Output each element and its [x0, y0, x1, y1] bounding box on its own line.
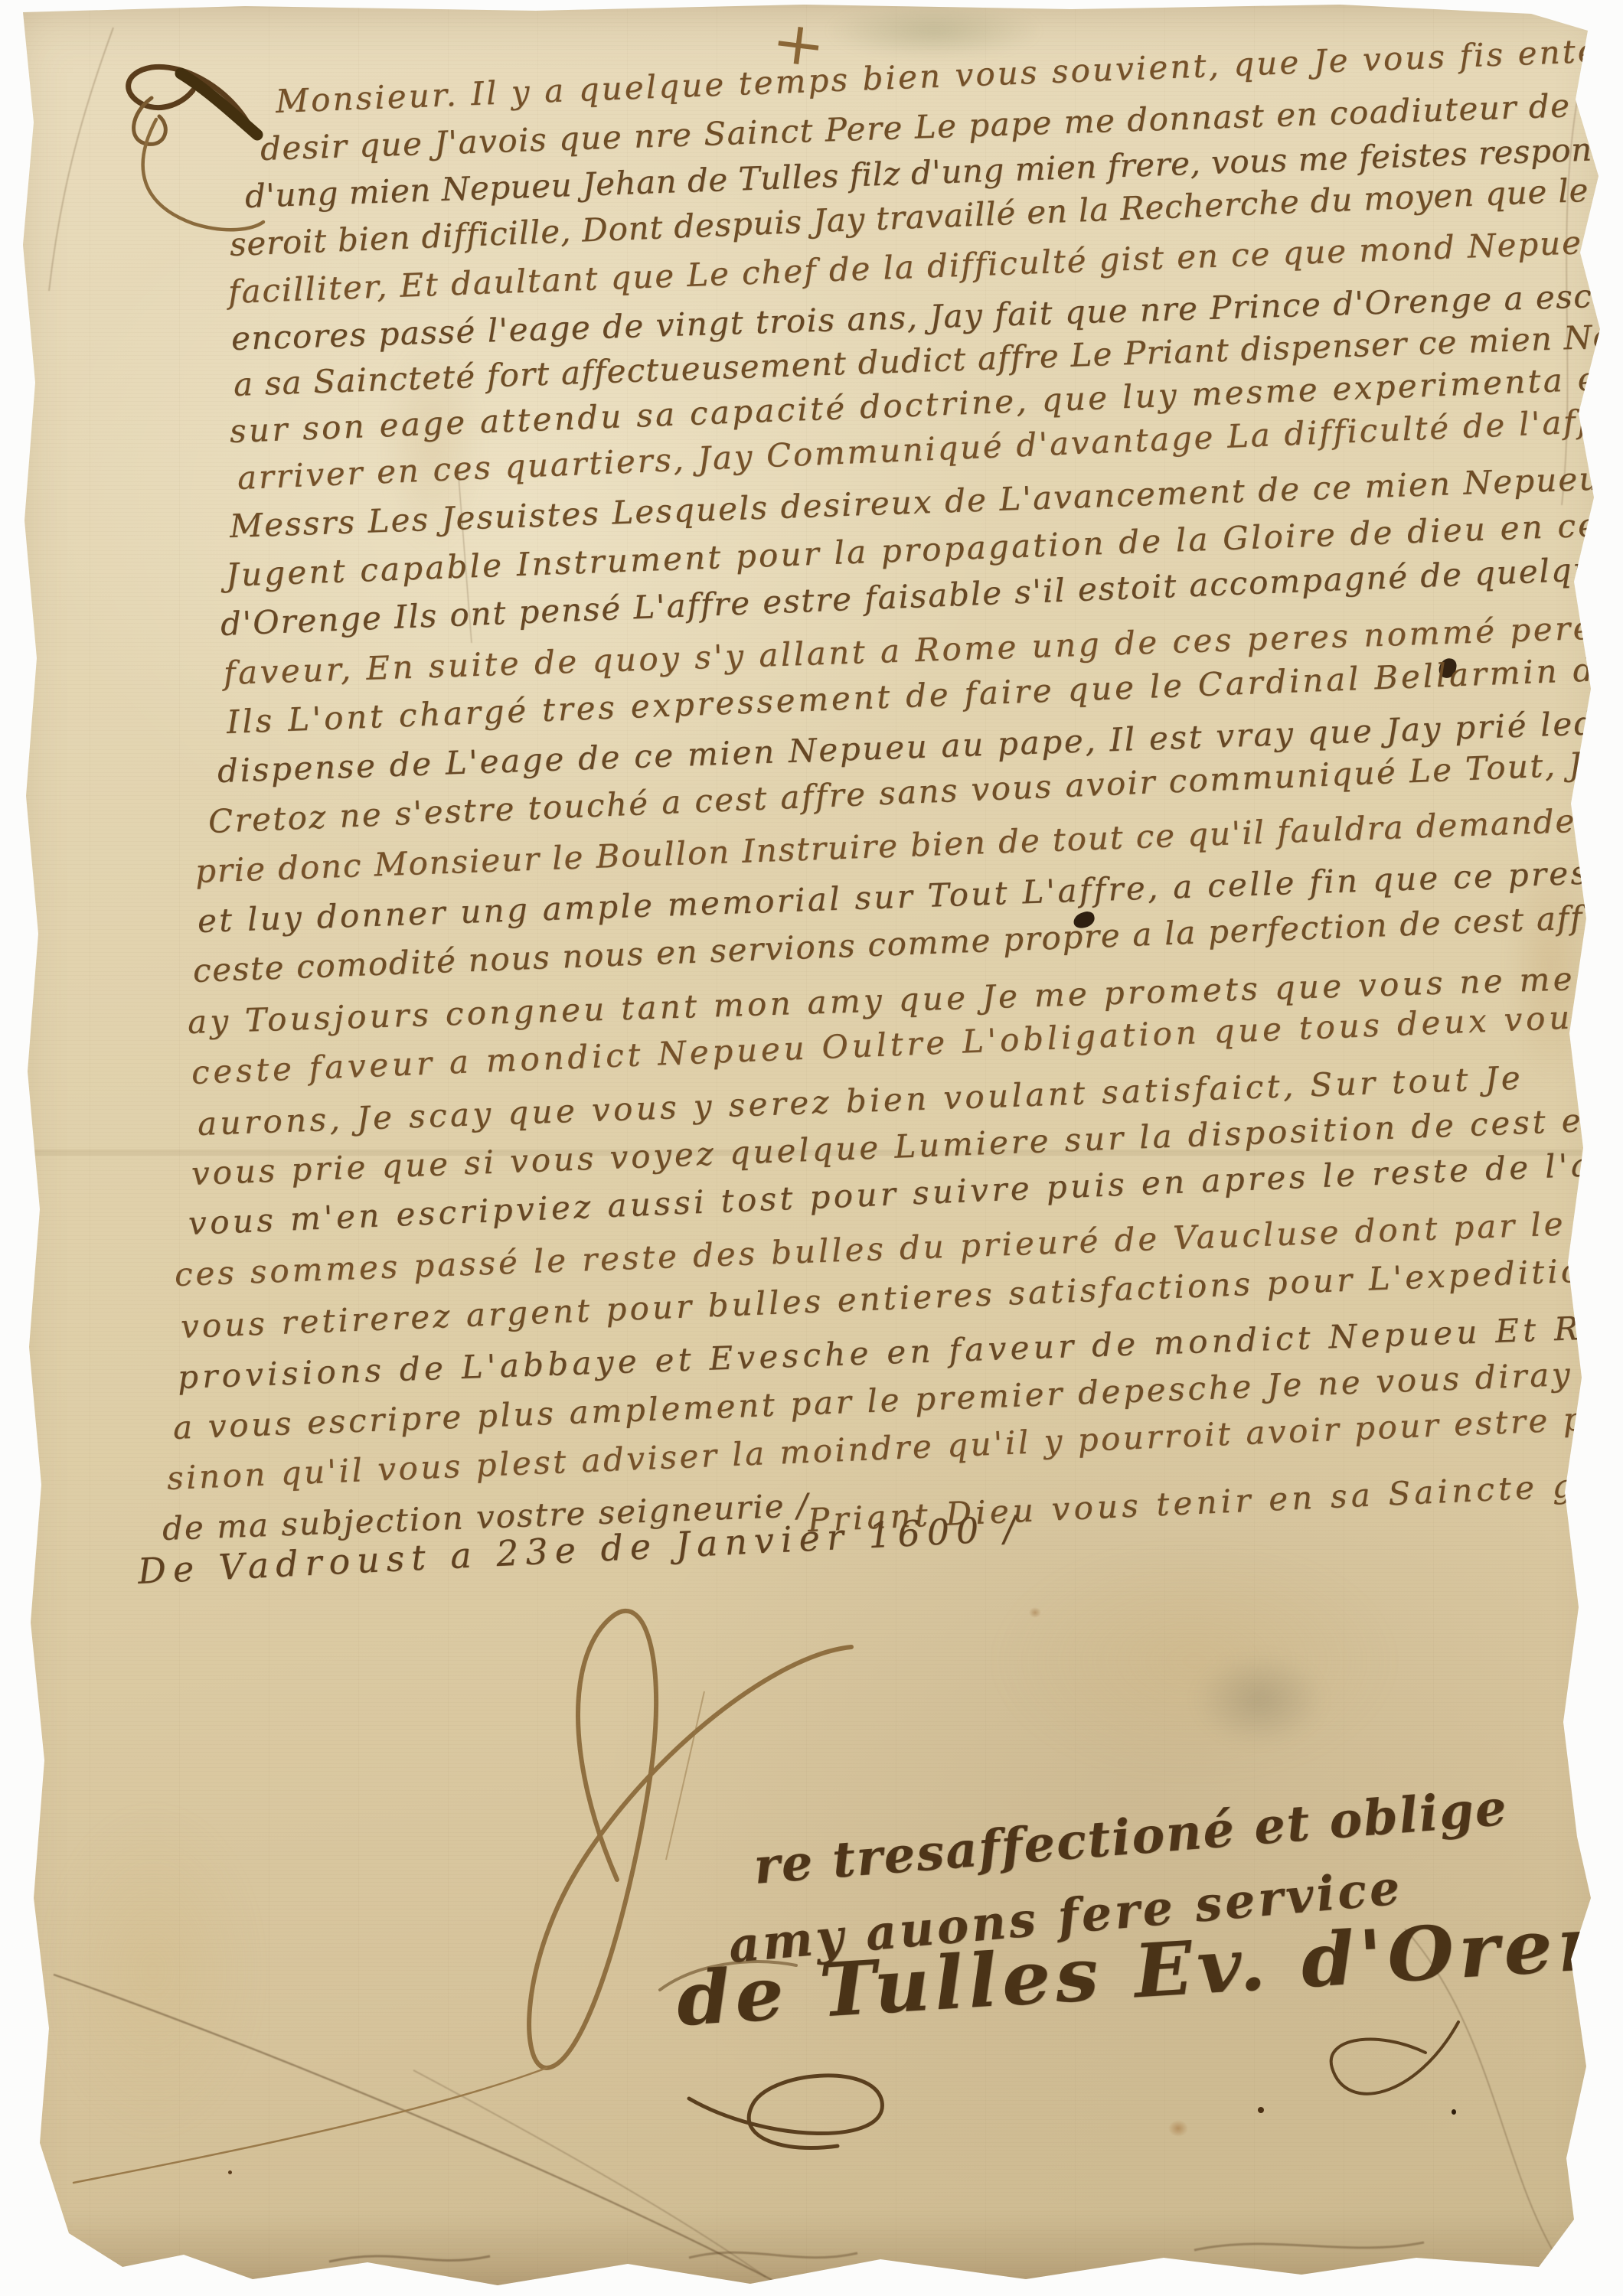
scanned-letter-page: + Mon: [0, 0, 1623, 2296]
paper-sheet: + Mon: [0, 0, 1623, 2296]
